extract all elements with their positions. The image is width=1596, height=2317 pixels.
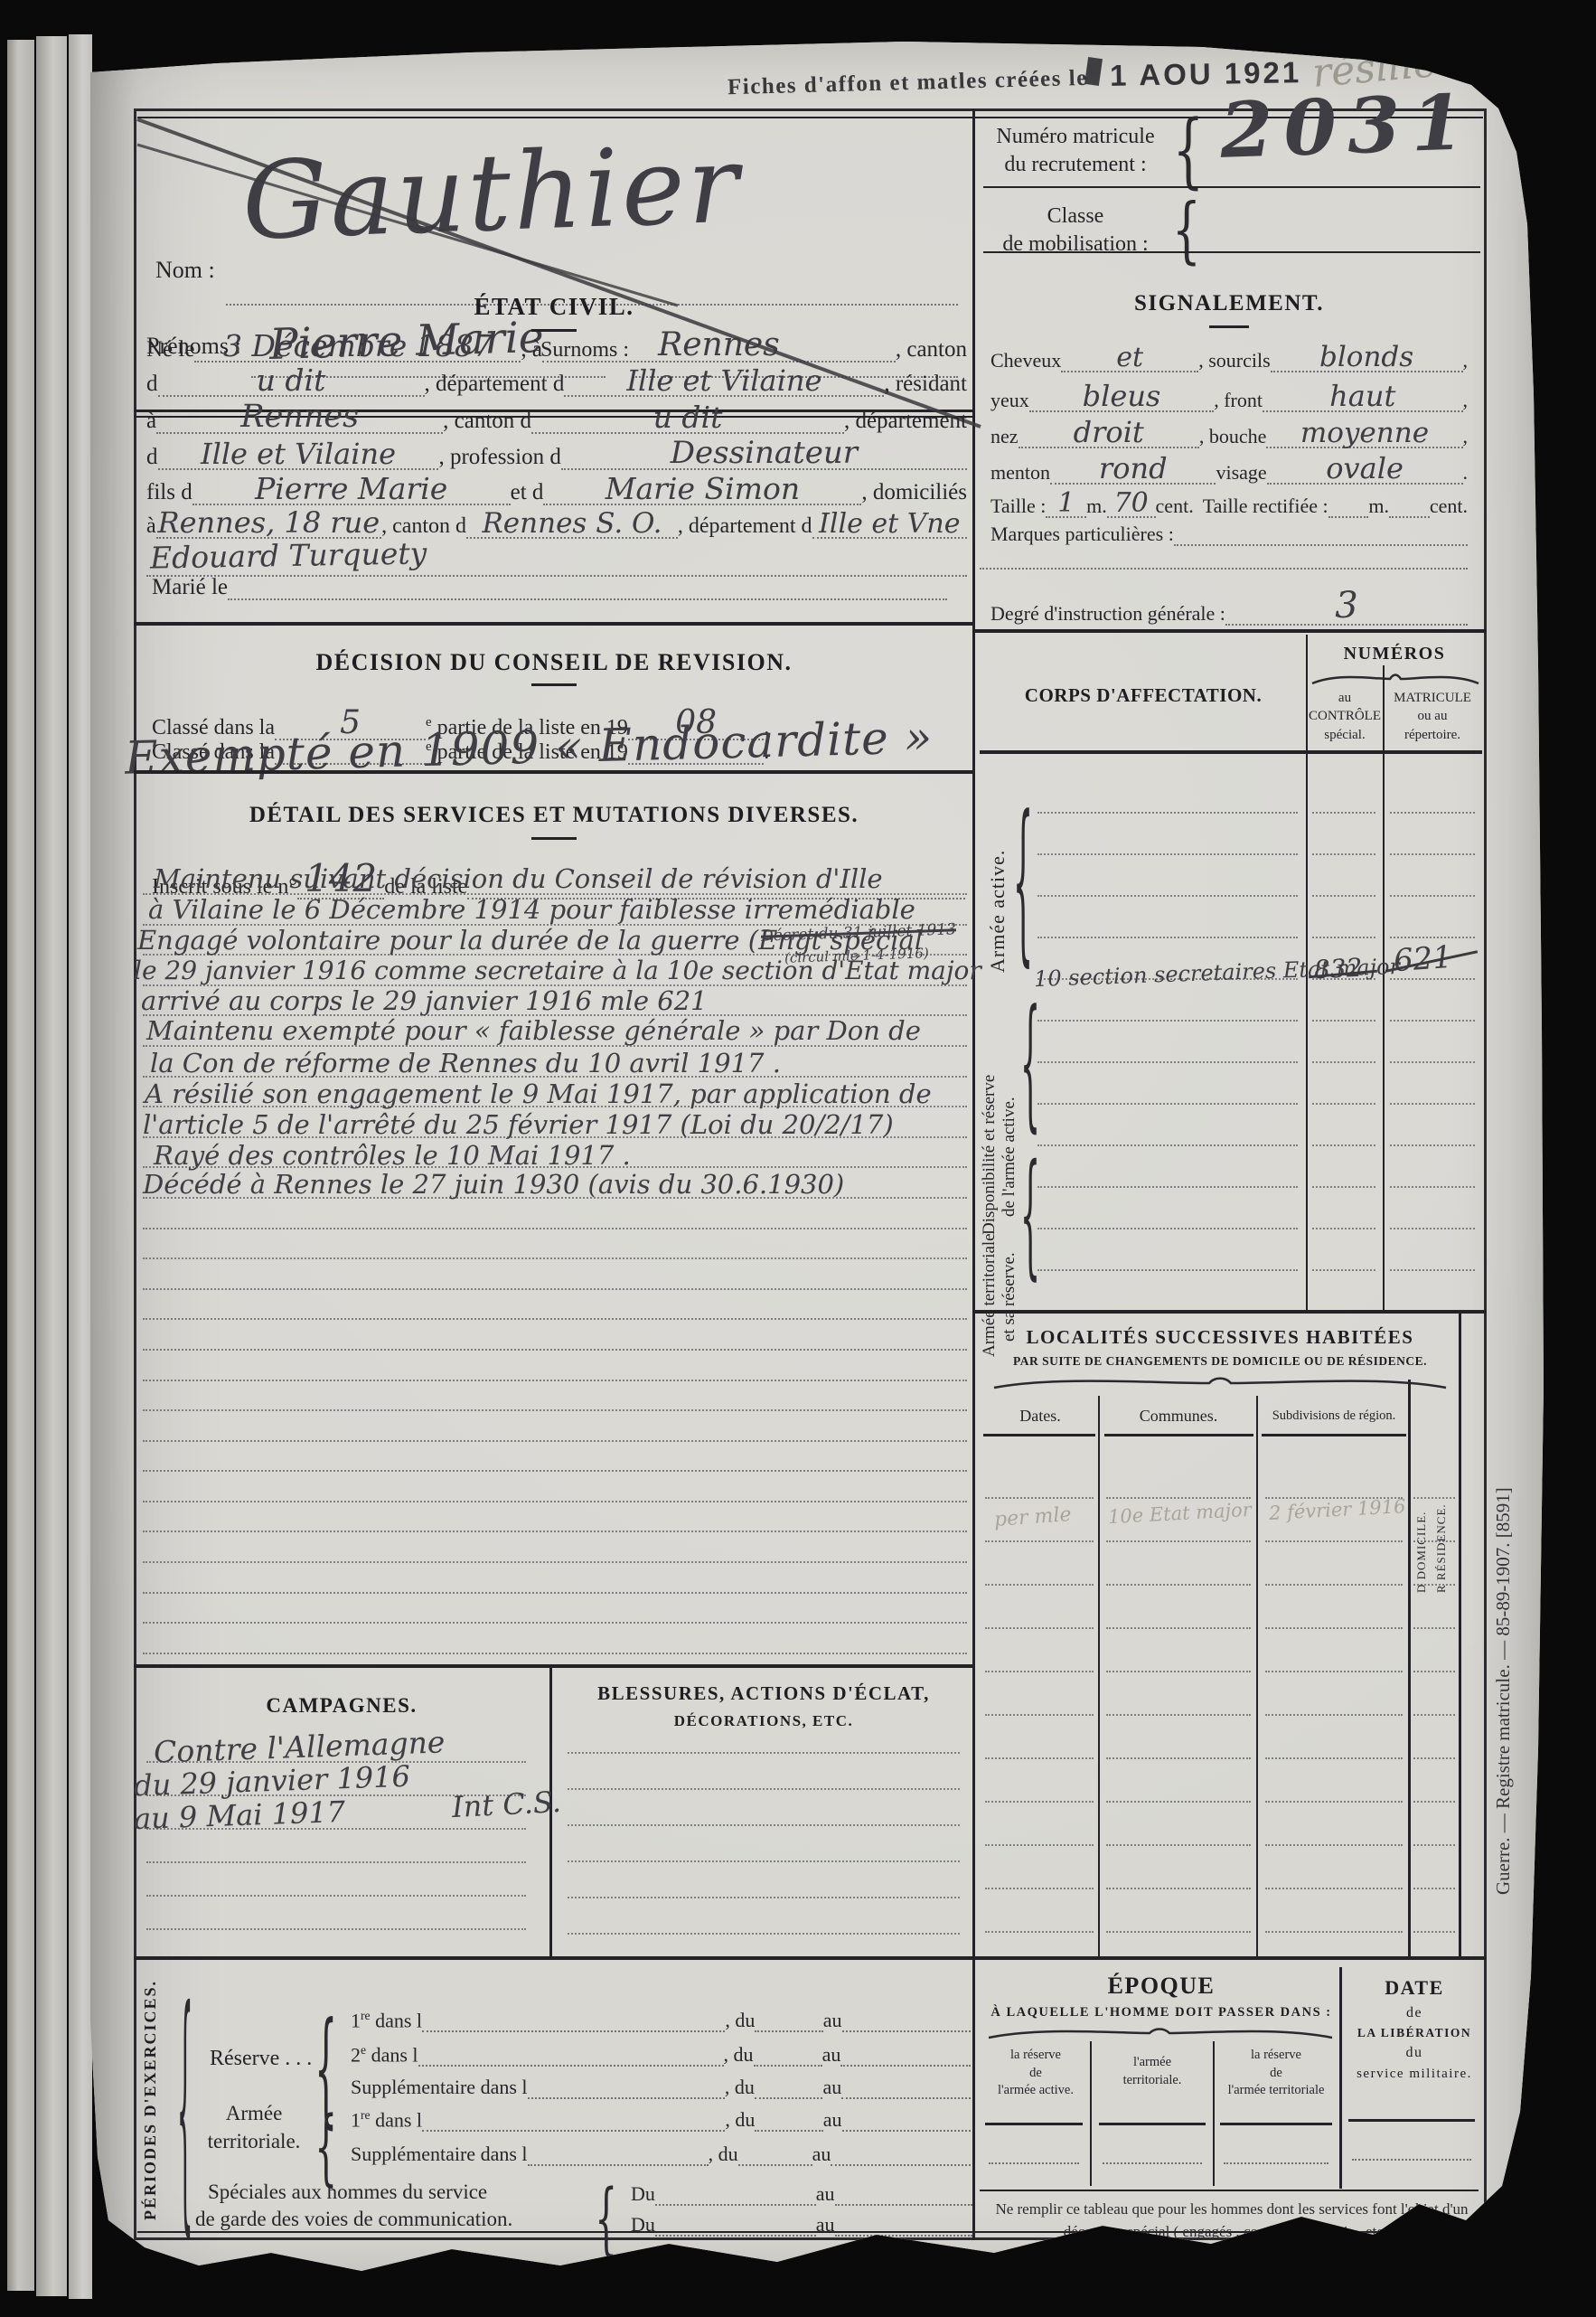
corps-affectation-title: CORPS D'AFFECTATION. bbox=[1008, 685, 1279, 707]
service-line: l'article 5 de l'arrêté du 25 février 19… bbox=[143, 1112, 894, 1138]
epoque-dotted bbox=[1224, 2162, 1328, 2164]
epoque-underline bbox=[1348, 2119, 1475, 2122]
registre-matricule-page: Fiches d'affon et matles créées le 1 AOU… bbox=[90, 33, 1554, 2285]
sig-row-nez: nez droit , bouche moyenne , bbox=[990, 412, 1468, 448]
value: 70 bbox=[1114, 487, 1149, 519]
value: droit bbox=[1074, 415, 1144, 449]
value: Rennes bbox=[658, 326, 780, 363]
blessures-rules bbox=[568, 1752, 960, 1935]
marie-row: Marié le bbox=[152, 575, 947, 600]
epoque-col1-header: la réserve de l'armée active. bbox=[983, 2047, 1088, 2100]
label: , à bbox=[521, 337, 542, 363]
periode-row-4: 1re dans l , du au bbox=[351, 2108, 971, 2132]
epoque-dotted bbox=[989, 2162, 1079, 2164]
armee-active-brace: { bbox=[1013, 797, 1033, 973]
label: cent. bbox=[1156, 494, 1194, 518]
localites-vline bbox=[1256, 1396, 1258, 1956]
classe-label-1: Classe bbox=[1047, 204, 1104, 228]
label: , du bbox=[725, 2108, 755, 2132]
epoque-underline bbox=[985, 2123, 1083, 2125]
label: au bbox=[823, 2108, 842, 2132]
label: au bbox=[822, 2043, 841, 2067]
label: , département d bbox=[678, 514, 812, 539]
value: haut bbox=[1329, 379, 1395, 413]
blessures-title-1: BLESSURES, ACTIONS D'ÉCLAT, bbox=[569, 1683, 958, 1705]
sig-empty-line bbox=[980, 568, 1468, 570]
label: , bbox=[1463, 389, 1469, 412]
value: et bbox=[1116, 342, 1143, 373]
matricule-label-1: Numéro matricule bbox=[996, 125, 1154, 148]
value: Ille et Vilaine bbox=[626, 363, 821, 398]
ec-line3: à Rennes , canton d u dit , département bbox=[146, 396, 967, 434]
epoque-col3-header: la réserve de l'armée territoriale bbox=[1216, 2047, 1336, 2100]
value: bleus bbox=[1083, 379, 1161, 413]
label: Degré d'instruction générale : bbox=[990, 602, 1225, 626]
label: au bbox=[816, 2213, 835, 2237]
label: cent. bbox=[1430, 494, 1468, 518]
label: Armée bbox=[226, 2102, 283, 2124]
epoque-col2-header: l'armée territoriale. bbox=[1095, 2054, 1209, 2089]
label: au bbox=[822, 2076, 841, 2099]
title-dash bbox=[1209, 325, 1249, 328]
value: Marie Simon bbox=[606, 471, 800, 506]
value: Pierre Marie bbox=[255, 471, 447, 506]
label: Du bbox=[631, 2213, 655, 2237]
corps-vline bbox=[1383, 665, 1385, 1310]
label: , département bbox=[844, 409, 967, 434]
matricule-value: 2031 bbox=[1219, 84, 1477, 169]
localites-vline bbox=[1098, 1396, 1100, 1956]
dates-col-rules bbox=[985, 1497, 1094, 1933]
garde-row-1: Du au bbox=[631, 2182, 972, 2206]
label: , profession d bbox=[438, 445, 560, 470]
rule bbox=[983, 251, 1480, 253]
periodes-vertical-label: PÉRIODES D'EXERCICES. bbox=[141, 1994, 159, 2220]
label: Cheveux bbox=[990, 349, 1061, 372]
label: Taille rectifiée : bbox=[1203, 494, 1328, 518]
corps-header-rule bbox=[980, 750, 1482, 754]
label: nez bbox=[990, 425, 1019, 448]
title-dash bbox=[531, 837, 577, 840]
localites-subtitle: PAR SUITE DE CHANGEMENTS DE DOMICILE OU … bbox=[985, 1354, 1455, 1368]
sig-row-taille: Taille : 1 m. 70 cent. Taille rectifiée … bbox=[990, 485, 1468, 518]
label: , résidant bbox=[884, 372, 967, 397]
periodes-brace: { bbox=[177, 1982, 193, 2242]
subdiv-col-header: Subdivisions de région. bbox=[1260, 1408, 1408, 1423]
value: Ille et Vilaine bbox=[201, 437, 396, 471]
header-underline bbox=[983, 1434, 1095, 1436]
label: DATE bbox=[1385, 1976, 1444, 1999]
service-line: la Con de réforme de Rennes du 10 avril … bbox=[150, 1050, 781, 1077]
epoque-brace bbox=[987, 2025, 1334, 2039]
label: Taille : bbox=[990, 494, 1046, 518]
label: , front bbox=[1214, 389, 1263, 412]
label: , du bbox=[725, 2009, 755, 2032]
value: u dit bbox=[653, 400, 723, 435]
epoque-vline bbox=[1213, 2041, 1215, 2186]
periode-row-5: Supplémentaire dans l , du au bbox=[351, 2143, 971, 2166]
matricule-col-rules bbox=[1390, 812, 1475, 1271]
label: de bbox=[1406, 2005, 1422, 2020]
detail-title: DÉTAIL DES SERVICES ET MUTATIONS DIVERSE… bbox=[238, 803, 870, 828]
label: au bbox=[823, 2009, 842, 2032]
periode-row-3: Supplémentaire dans l , du au bbox=[351, 2076, 971, 2099]
value: 1 bbox=[1057, 487, 1075, 519]
label: LA LIBÉRATION bbox=[1357, 2026, 1471, 2039]
ec-line7-value: Edouard Turquety bbox=[150, 538, 427, 572]
service-line: Décédé à Rennes le 27 juin 1930 (avis du… bbox=[143, 1172, 844, 1198]
service-line: le 29 janvier 1916 comme secretaire à la… bbox=[134, 958, 981, 984]
label: , sourcils bbox=[1198, 349, 1270, 372]
label: fils d bbox=[146, 480, 192, 505]
label: , bbox=[1463, 425, 1469, 448]
epoque-subtitle: À LAQUELLE L'HOMME DOIT PASSER DANS : bbox=[985, 2005, 1338, 2020]
ec-line5: fils d Pierre Marie et d Marie Simon , d… bbox=[146, 468, 967, 505]
communes-col-rules bbox=[1106, 1497, 1251, 1933]
label: dans l bbox=[366, 2043, 418, 2066]
classe-brace: { bbox=[1172, 193, 1201, 265]
reserve-label: Réserve . . . bbox=[210, 2047, 312, 2071]
sig-row-cheveux: Cheveux et , sourcils blonds , bbox=[990, 338, 1468, 372]
blessures-title-2: DÉCORATIONS, ETC. bbox=[569, 1712, 958, 1729]
service-line: arrivé au corps le 29 janvier 1916 mle 6… bbox=[141, 988, 708, 1014]
value: 3 Décembre 1887 bbox=[223, 328, 493, 363]
ec-line4: d Ille et Vilaine , profession d Dessina… bbox=[146, 432, 967, 470]
etat-civil-title: ÉTAT CIVIL. bbox=[283, 293, 825, 320]
label: m. bbox=[1086, 494, 1107, 518]
territoriale-label-1: Armée territoriale bbox=[980, 1131, 999, 1357]
service-line: A résilié son engagement le 9 Mai 1917, … bbox=[145, 1081, 932, 1107]
epoque-title: ÉPOQUE bbox=[1026, 1973, 1297, 1999]
localites-brace bbox=[992, 1374, 1448, 1390]
label: visage bbox=[1216, 461, 1266, 485]
epoque-dotted bbox=[1352, 2159, 1471, 2161]
matricule-brace: { bbox=[1172, 110, 1204, 192]
speciales-label-1: Spéciales aux hommes du service bbox=[208, 2180, 487, 2204]
label: , domiciliés bbox=[861, 480, 967, 505]
value: Rennes bbox=[240, 399, 359, 435]
label: , département d bbox=[425, 372, 565, 397]
campagnes-title: CAMPAGNES. bbox=[206, 1694, 477, 1718]
localites-title: LOCALITÉS SUCCESSIVES HABITÉES bbox=[985, 1327, 1455, 1349]
epoque-underline bbox=[1099, 2123, 1206, 2125]
date-liberation-header: DATE de LA LIBÉRATION du service militai… bbox=[1348, 1973, 1480, 2085]
value: 3 bbox=[1335, 585, 1357, 626]
label: , bbox=[1463, 349, 1469, 372]
label: dans l bbox=[371, 2009, 422, 2031]
value: moyenne bbox=[1300, 417, 1429, 449]
rule bbox=[134, 770, 974, 774]
service-line: à Vilaine le 6 Décembre 1914 pour faible… bbox=[148, 897, 915, 923]
rule bbox=[134, 1956, 1487, 1960]
label: service militaire. bbox=[1357, 2067, 1472, 2081]
signalement-title: SIGNALEMENT. bbox=[1003, 291, 1455, 316]
header-underline bbox=[1104, 1434, 1253, 1436]
epoque-bottom-line bbox=[980, 2190, 1479, 2191]
label: Supplémentaire dans l bbox=[351, 2143, 528, 2166]
value: Dessinateur bbox=[671, 435, 858, 471]
rule bbox=[975, 1310, 1487, 1314]
label: du bbox=[1406, 2045, 1423, 2060]
armee-territoriale-label: Armée territoriale. bbox=[197, 2099, 311, 2155]
label: , canton bbox=[896, 337, 967, 363]
campagne-hand-3: au 9 Mai 1917 bbox=[134, 1797, 346, 1833]
epoque-date-divider bbox=[1339, 1967, 1342, 2189]
rule bbox=[134, 1664, 974, 1668]
label: territoriale. bbox=[208, 2130, 301, 2152]
speciales-label-2: de garde des voies de communication. bbox=[195, 2208, 512, 2231]
label: m. bbox=[1368, 494, 1389, 518]
numeros-header: NUMÉROS bbox=[1309, 644, 1480, 664]
label: , bouche bbox=[1199, 425, 1267, 448]
armee-terr-brace: { bbox=[315, 2105, 337, 2188]
scan-background: Fiches d'affon et matles créées le 1 AOU… bbox=[0, 0, 1596, 2317]
armee-active-label: Armée active. bbox=[987, 801, 1009, 973]
label: . bbox=[1463, 461, 1469, 485]
label: à bbox=[146, 409, 156, 434]
value: ovale bbox=[1326, 451, 1404, 485]
epoque-vline bbox=[1090, 2041, 1092, 2186]
label: et d bbox=[511, 480, 544, 505]
label: au bbox=[816, 2182, 835, 2206]
garde-row-2: Du au bbox=[631, 2213, 972, 2237]
campagne-hand-2: du 29 janvier 1916 bbox=[134, 1762, 411, 1801]
label: Né le bbox=[146, 337, 194, 363]
sig-row-menton: menton rond visage ovale . bbox=[990, 448, 1468, 485]
book-edge-strip bbox=[7, 40, 34, 2291]
label: Du bbox=[631, 2182, 655, 2206]
label: à bbox=[146, 514, 156, 539]
ec-line2: d u dit , département d Ille et Vilaine … bbox=[146, 360, 967, 397]
label: yeux bbox=[990, 389, 1029, 412]
stamp-ink-mark bbox=[1084, 57, 1103, 86]
ec-line6: à Rennes, 18 rue , canton d Rennes S. O.… bbox=[146, 503, 967, 539]
localites-right-border bbox=[1459, 1314, 1461, 1956]
decision-title: DÉCISION DU CONSEIL DE REVISION. bbox=[238, 649, 870, 675]
communes-col-header: Communes. bbox=[1103, 1407, 1254, 1425]
rule bbox=[134, 622, 974, 626]
header-underline bbox=[1262, 1434, 1406, 1436]
fiches-stamp-text: Fiches d'affon et matles créées le bbox=[728, 66, 1088, 100]
corps-col-rules bbox=[1037, 812, 1298, 1271]
value: Rennes S. O. bbox=[482, 507, 662, 540]
epoque-underline bbox=[1220, 2123, 1332, 2125]
ec-line1: Né le 3 Décembre 1887 , à Rennes , canto… bbox=[146, 324, 967, 363]
dr-col-rules bbox=[1413, 1497, 1455, 1933]
value: Ille et Vne bbox=[819, 508, 960, 540]
book-edge-strip bbox=[69, 34, 92, 2299]
controle-col-rules bbox=[1312, 812, 1375, 1271]
epoque-dotted bbox=[1103, 2162, 1202, 2164]
numeros-brace bbox=[1310, 671, 1480, 685]
rule bbox=[983, 186, 1480, 188]
controle-col-header: au CONTRÔLE spécial. bbox=[1309, 689, 1381, 744]
label: d bbox=[146, 372, 158, 397]
localites-pencil-dates: per mle bbox=[993, 1505, 1072, 1531]
epoque-note: Ne remplir ce tableau que pour les homme… bbox=[985, 2199, 1479, 2243]
label: menton bbox=[990, 461, 1050, 485]
periode-row-1: 1re dans l , du au bbox=[351, 2009, 971, 2032]
label: 1 bbox=[351, 2108, 361, 2131]
sup: re bbox=[361, 2108, 371, 2122]
value: Rennes, 18 rue bbox=[158, 505, 380, 540]
matricule-col-header: MATRICULE ou au répertoire. bbox=[1385, 689, 1480, 744]
matricule-label-2: du recrutement : bbox=[1004, 153, 1146, 176]
label: d bbox=[146, 445, 158, 470]
marie-label: Marié le bbox=[152, 575, 228, 600]
service-line: Rayé des contrôles le 10 Mai 1917 . bbox=[154, 1143, 631, 1169]
margin-imprint: Guerre. — Registre matricule. — 85-89-19… bbox=[1493, 1515, 1515, 1895]
label: Supplémentaire dans l bbox=[351, 2076, 528, 2099]
label: dans l bbox=[371, 2108, 422, 2131]
sig-row-degre: Degré d'instruction générale : 3 bbox=[990, 582, 1468, 626]
matricule-label: Numéro matricule du recrutement : bbox=[990, 123, 1161, 179]
title-dash bbox=[531, 683, 577, 686]
corps-row-controle: 832 bbox=[1313, 956, 1363, 984]
label: 2 bbox=[351, 2043, 361, 2066]
label: , du bbox=[724, 2043, 754, 2067]
sig-row-marques: Marques particulières : bbox=[990, 523, 1468, 546]
label: , du bbox=[725, 2076, 755, 2099]
value: u dit bbox=[257, 363, 326, 398]
value: rond bbox=[1099, 451, 1168, 485]
rule bbox=[975, 629, 1487, 633]
label: 1 bbox=[351, 2009, 361, 2031]
periode-row-2: 2e dans l , du au bbox=[351, 2043, 971, 2067]
value: blonds bbox=[1319, 341, 1413, 373]
sup: re bbox=[361, 2009, 371, 2022]
speciales-brace: { bbox=[595, 2179, 617, 2257]
service-line: Maintenu exempté pour « faiblesse généra… bbox=[146, 1018, 921, 1044]
label: , du bbox=[709, 2143, 738, 2166]
subdiv-col-rules bbox=[1265, 1497, 1403, 1933]
sig-row-yeux: yeux bleus , front haut , bbox=[990, 376, 1468, 412]
localites-vline bbox=[1408, 1380, 1411, 1956]
label: au bbox=[812, 2143, 831, 2166]
label: , canton d bbox=[443, 409, 531, 434]
dates-col-header: Dates. bbox=[983, 1407, 1097, 1425]
label: Marques particulières : bbox=[990, 523, 1174, 546]
campagne-hand-4: Int C.S. bbox=[451, 1787, 561, 1822]
book-edge-strip bbox=[36, 36, 67, 2296]
service-line: Maintenu suivant décision du Conseil de … bbox=[154, 866, 883, 892]
